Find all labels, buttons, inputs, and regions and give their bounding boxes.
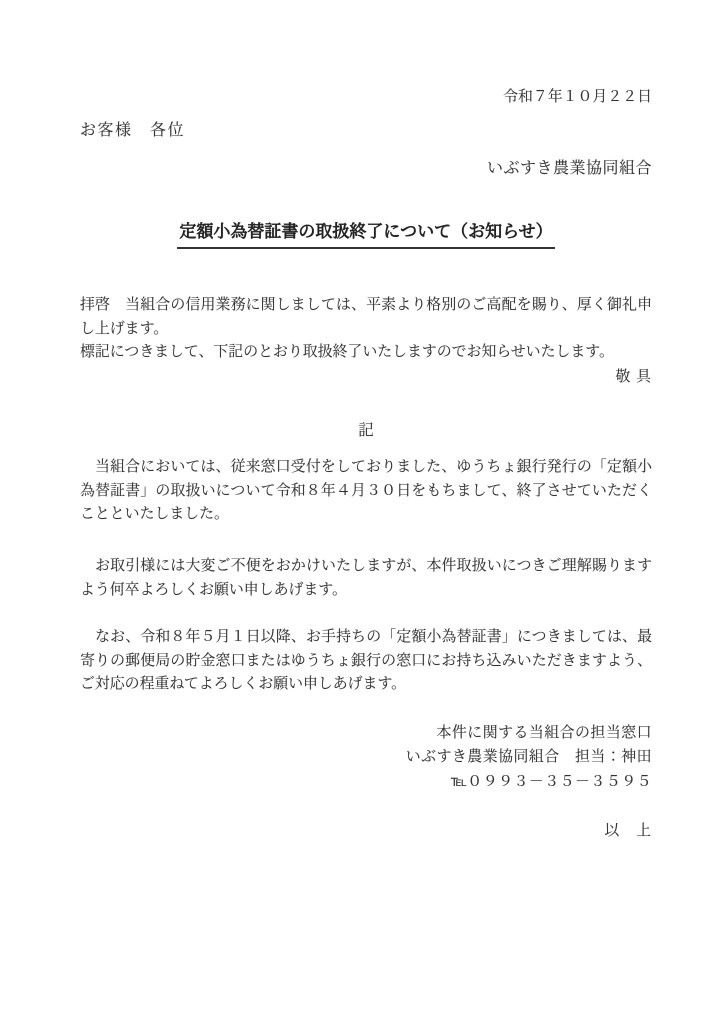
notice-letter-page: 令和７年１０月２２日 お客様 各位 いぶすき農業協同組合 定額小為替証書の取扱終…	[0, 0, 724, 1024]
end-marker: 以 上	[80, 819, 661, 843]
contact-info-block: 本件に関する当組合の担当窓口 いぶすき農業協同組合 担当：神田 ℡０９９３－３５…	[80, 721, 658, 794]
greeting-sentence-2: 標記につきまして、下記のとおり取扱終了いたしますのでお知らせいたします。	[80, 341, 652, 365]
sender-organization: いぶすき農業協同組合	[80, 157, 660, 181]
body-paragraph-1: 当組合においては、従来窓口受付をしておりました、ゆうちょ銀行発行の「定額小為替証…	[80, 456, 652, 527]
contact-phone-number: ℡０９９３－３５－３５９５	[80, 770, 652, 794]
record-marker: 記	[80, 419, 652, 443]
document-date: 令和７年１０月２２日	[80, 85, 657, 109]
contact-heading: 本件に関する当組合の担当窓口	[80, 721, 652, 745]
body-paragraph-2: お取引様には大変ご不便をおかけいたしますが、本件取扱いにつきご理解賜りますよう何…	[80, 555, 652, 602]
greeting-sentence-1: 拝啓 当組合の信用業務に関しましては、平素より格別のご高配を賜り、厚く御礼申し上…	[80, 294, 652, 341]
document-title: 定額小為替証書の取扱終了について（お知らせ）	[177, 219, 554, 249]
body-paragraph-3: なお、令和８年５月１日以降、お手持ちの「定額小為替証書」につきましては、最寄りの…	[80, 626, 652, 697]
recipient-line: お客様 各位	[80, 119, 652, 143]
closing-word: 敬 具	[80, 365, 666, 389]
title-row: 定額小為替証書の取扱終了について（お知らせ）	[80, 219, 652, 249]
contact-organization-and-person: いぶすき農業協同組合 担当：神田	[80, 745, 652, 769]
greeting-paragraph: 拝啓 当組合の信用業務に関しましては、平素より格別のご高配を賜り、厚く御礼申し上…	[80, 294, 652, 365]
